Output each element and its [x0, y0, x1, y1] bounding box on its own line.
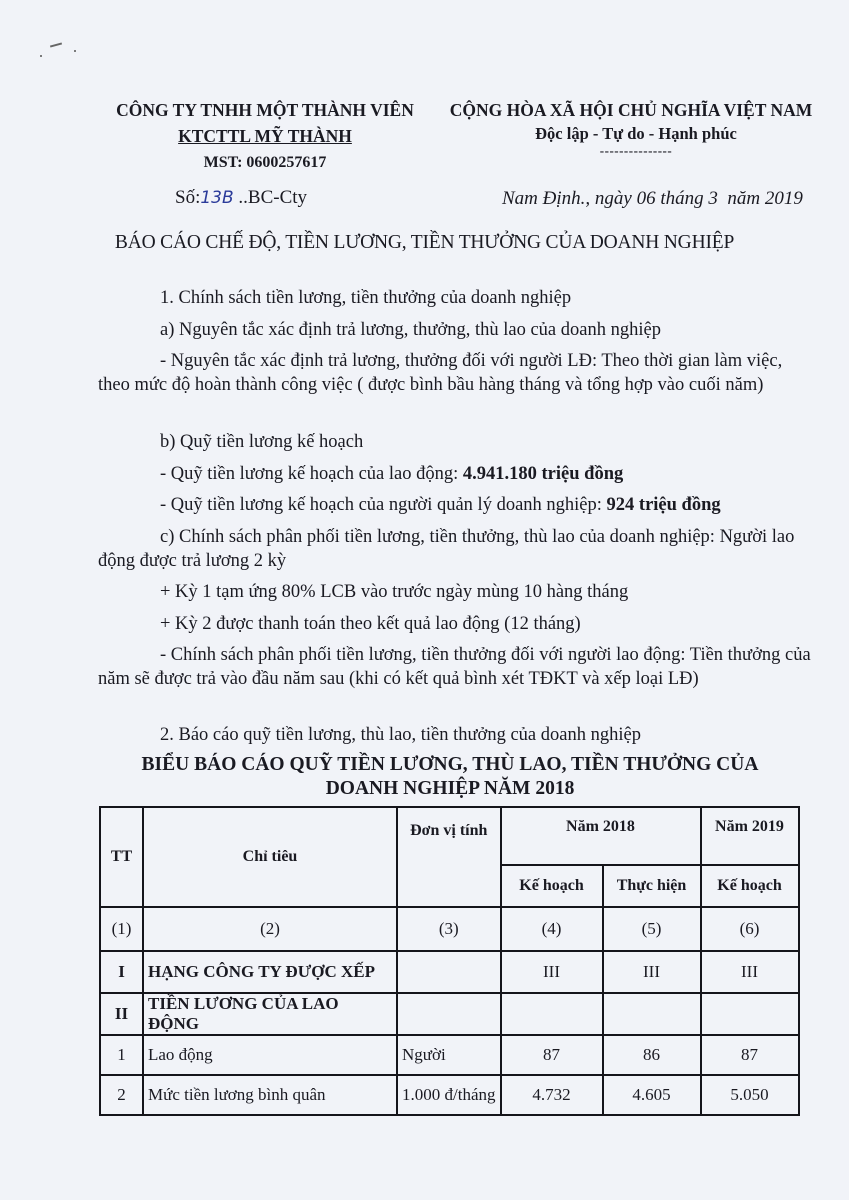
doc-number-suffix: ..BC-Cty: [234, 187, 307, 208]
payment-period-2: + Kỳ 2 được thanh toán theo kết quả lao …: [98, 612, 818, 636]
place-date: Nam Định., ngày 06 tháng 3 năm 2019: [502, 188, 803, 210]
row-thuc-hien-2018: 86: [603, 1035, 701, 1075]
wage-report-table: TT Chỉ tiêu Đơn vị tính Năm 2018 Năm 201…: [99, 806, 800, 1116]
col-number: (5): [603, 907, 701, 951]
header-ke-hoach-2018: Kế hoạch: [501, 865, 603, 907]
row-thuc-hien-2018: 4.605: [603, 1075, 701, 1115]
section-1-heading: 1. Chính sách tiền lương, tiền thưởng củ…: [98, 286, 818, 310]
payment-period-1: + Kỳ 1 tạm ứng 80% LCB vào trước ngày mù…: [98, 580, 818, 604]
row-tt: II: [100, 993, 143, 1035]
header-nam-2019: Năm 2019: [701, 807, 799, 865]
company-name-line2: KTCTTL MỸ THÀNH: [100, 124, 430, 148]
table-title-line1: BIỂU BÁO CÁO QUỸ TIỀN LƯƠNG, THÙ LAO, TI…: [100, 753, 800, 777]
col-number: (4): [501, 907, 603, 951]
header-ke-hoach-2019: Kế hoạch: [701, 865, 799, 907]
row-thuc-hien-2018: III: [603, 951, 701, 993]
doc-number-handwritten: 13B: [200, 188, 233, 208]
row-chi-tieu: Lao động: [143, 1035, 397, 1075]
col-number: (2): [143, 907, 397, 951]
table-row: II TIỀN LƯƠNG CỦA LAO ĐỘNG: [100, 993, 799, 1035]
table-row: I HẠNG CÔNG TY ĐƯỢC XẾP III III III: [100, 951, 799, 993]
row-thuc-hien-2018: [603, 993, 701, 1035]
header-thuc-hien-2018: Thực hiện: [603, 865, 701, 907]
doc-number-prefix: Số:: [175, 187, 200, 208]
national-header: CỘNG HÒA XÃ HỘI CHỦ NGHĨA VIỆT NAM Độc l…: [432, 96, 830, 158]
labor-wage-fund-label: - Quỹ tiền lương kế hoạch của lao động:: [160, 464, 463, 484]
row-ke-hoach-2018: 87: [501, 1035, 603, 1075]
header-chi-tieu: Chỉ tiêu: [143, 807, 397, 907]
tax-code: MST: 0600257617: [100, 148, 430, 178]
row-tt: I: [100, 951, 143, 993]
section-1c-text: c) Chính sách phân phối tiền lương, tiền…: [98, 525, 818, 573]
header-don-vi-tinh: Đơn vị tính: [397, 807, 501, 907]
row-ke-hoach-2019: 87: [701, 1035, 799, 1075]
row-don-vi: Người: [397, 1035, 501, 1075]
table-title-line2: DOANH NGHIỆP NĂM 2018: [100, 777, 800, 801]
table-row: 2 Mức tiền lương bình quân 1.000 đ/tháng…: [100, 1075, 799, 1115]
report-title: BÁO CÁO CHẾ ĐỘ, TIỀN LƯƠNG, TIỀN THƯỞNG …: [0, 232, 849, 254]
row-ke-hoach-2018: 4.732: [501, 1075, 603, 1115]
table-header-row-1: TT Chỉ tiêu Đơn vị tính Năm 2018 Năm 201…: [100, 807, 799, 865]
national-motto: Độc lập - Tự do - Hạnh phúc: [432, 124, 830, 144]
row-ke-hoach-2018: [501, 993, 603, 1035]
scan-mark: [50, 42, 62, 47]
section-1a-heading: a) Nguyên tắc xác định trả lương, thưởng…: [98, 318, 818, 342]
row-ke-hoach-2019: 5.050: [701, 1075, 799, 1115]
row-ke-hoach-2019: [701, 993, 799, 1035]
row-chi-tieu: HẠNG CÔNG TY ĐƯỢC XẾP: [143, 951, 397, 993]
labor-wage-fund-value: 4.941.180 triệu đồng: [463, 464, 623, 484]
labor-wage-fund: - Quỹ tiền lương kế hoạch của lao động: …: [98, 462, 818, 486]
separator-line: ---------------: [432, 144, 830, 158]
row-ke-hoach-2018: III: [501, 951, 603, 993]
row-chi-tieu: Mức tiền lương bình quân: [143, 1075, 397, 1115]
header-nam-2018: Năm 2018: [501, 807, 701, 865]
scan-speck: [40, 55, 42, 57]
row-don-vi: 1.000 đ/tháng: [397, 1075, 501, 1115]
row-don-vi: [397, 951, 501, 993]
row-tt: 2: [100, 1075, 143, 1115]
manager-wage-fund: - Quỹ tiền lương kế hoạch của người quản…: [98, 493, 818, 517]
section-2-heading: 2. Báo cáo quỹ tiền lương, thù lao, tiền…: [98, 723, 818, 747]
row-chi-tieu: TIỀN LƯƠNG CỦA LAO ĐỘNG: [143, 993, 397, 1035]
column-number-row: (1) (2) (3) (4) (5) (6): [100, 907, 799, 951]
col-number: (1): [100, 907, 143, 951]
section-1b-heading: b) Quỹ tiền lương kế hoạch: [98, 430, 818, 454]
bonus-policy-text: - Chính sách phân phối tiền lương, tiền …: [98, 643, 818, 691]
document-number: Số:13B ..BC-Cty: [175, 187, 307, 209]
col-number: (3): [397, 907, 501, 951]
row-ke-hoach-2019: III: [701, 951, 799, 993]
header-tt: TT: [100, 807, 143, 907]
table-title: BIỂU BÁO CÁO QUỸ TIỀN LƯƠNG, THÙ LAO, TI…: [100, 753, 800, 801]
section-1a-text: - Nguyên tắc xác định trả lương, thưởng …: [98, 349, 818, 397]
scan-speck: [74, 50, 76, 52]
table-row: 1 Lao động Người 87 86 87: [100, 1035, 799, 1075]
manager-wage-fund-label: - Quỹ tiền lương kế hoạch của người quản…: [160, 495, 607, 515]
company-name-line1: CÔNG TY TNHH MỘT THÀNH VIÊN: [100, 96, 430, 124]
row-tt: 1: [100, 1035, 143, 1075]
col-number: (6): [701, 907, 799, 951]
company-header: CÔNG TY TNHH MỘT THÀNH VIÊN KTCTTL MỸ TH…: [100, 96, 430, 178]
manager-wage-fund-value: 924 triệu đồng: [607, 495, 721, 515]
nation-name: CỘNG HÒA XÃ HỘI CHỦ NGHĨA VIỆT NAM: [432, 96, 830, 124]
row-don-vi: [397, 993, 501, 1035]
